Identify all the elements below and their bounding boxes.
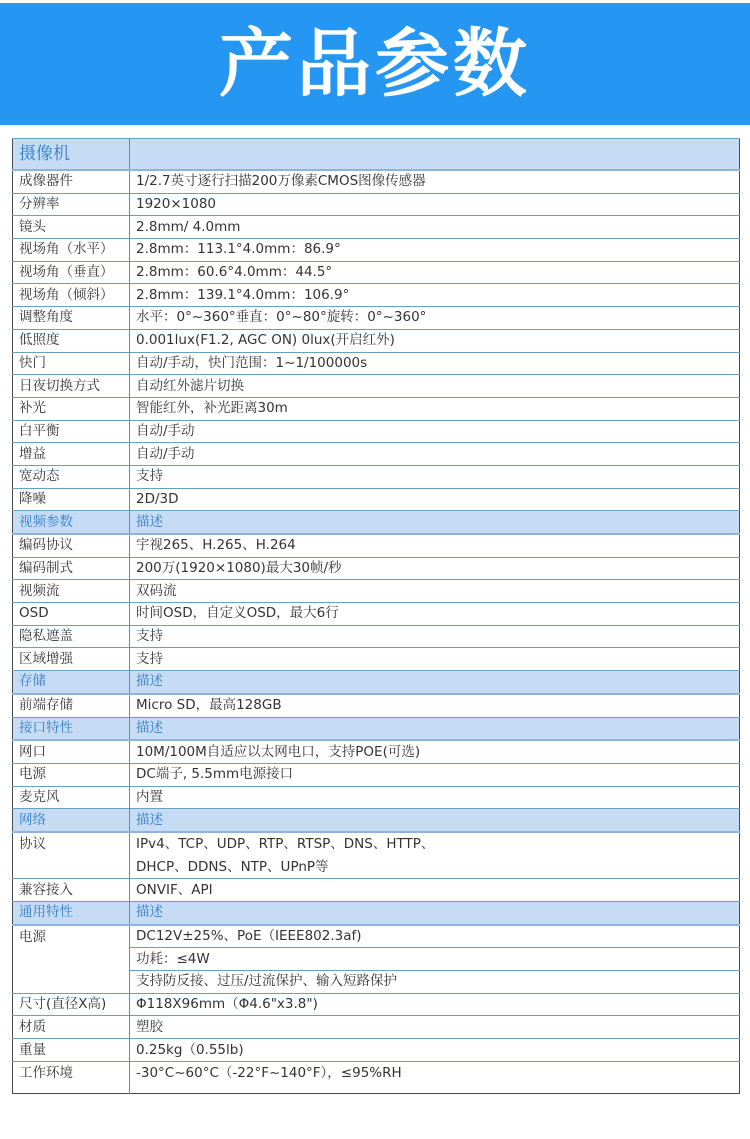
row-value: IPv4、TCP、UDP、RTP、RTSP、DNS、HTTP、 DHCP、DDN…	[130, 832, 740, 879]
table-row: 白平衡自动/手动	[13, 420, 740, 443]
table-row: 前端存储Micro SD，最高128GB	[13, 694, 740, 717]
page-title: 产品参数	[219, 27, 531, 101]
row-label: 镜头	[13, 216, 130, 239]
section-title: 网络	[13, 809, 130, 832]
row-label: 快门	[13, 352, 130, 375]
section-title: 摄像机	[13, 139, 130, 171]
row-label: 日夜切换方式	[13, 375, 130, 398]
table-row: 重量0.25kg（0.55lb)	[13, 1039, 740, 1062]
row-value: 自动/手动	[130, 420, 740, 443]
table-row: 网口10M/100M自适应以太网电口，支持POE(可选)	[13, 740, 740, 763]
header-banner: 产品参数	[0, 3, 750, 125]
row-value: 功耗：≤4W	[130, 948, 740, 971]
row-value: DC端子, 5.5mm电源接口	[130, 763, 740, 786]
row-label: 工作环境	[13, 1061, 130, 1093]
row-value: 2.8mm：139.1°4.0mm：106.9°	[130, 284, 740, 307]
section-title: 接口特性	[13, 717, 130, 740]
table-row: 宽动态支持	[13, 465, 740, 488]
table-row: 材质塑胶	[13, 1016, 740, 1039]
row-label: 低照度	[13, 329, 130, 352]
row-value: 支持	[130, 625, 740, 648]
section-desc: 描述	[130, 902, 740, 925]
row-value: 支持	[130, 648, 740, 671]
row-value: 0.25kg（0.55lb)	[130, 1039, 740, 1062]
row-value: 1/2.7英寸逐行扫描200万像素CMOS图像传感器	[130, 170, 740, 193]
table-row: 电源 DC12V±25%、PoE（IEEE802.3af)	[13, 925, 740, 948]
table-row: 补光智能红外，补光距离30m	[13, 397, 740, 420]
row-label: 编码制式	[13, 557, 130, 580]
row-value: 智能红外，补光距离30m	[130, 397, 740, 420]
row-value-line: IPv4、TCP、UDP、RTP、RTSP、DNS、HTTP、	[136, 833, 733, 856]
row-label: 尺寸(直径X高)	[13, 993, 130, 1016]
row-value: 自动红外滤片切换	[130, 375, 740, 398]
row-value: DC12V±25%、PoE（IEEE802.3af)	[130, 925, 740, 948]
row-label: 视频流	[13, 580, 130, 603]
row-label: OSD	[13, 603, 130, 626]
table-row: 电源DC端子, 5.5mm电源接口	[13, 763, 740, 786]
row-label: 降噪	[13, 488, 130, 511]
row-label: 视场角（水平）	[13, 239, 130, 262]
table-row: 镜头2.8mm/ 4.0mm	[13, 216, 740, 239]
row-value: 自动/手动，快门范围：1~1/100000s	[130, 352, 740, 375]
table-row: 视频流双码流	[13, 580, 740, 603]
row-value: 0.001lux(F1.2, AGC ON) 0lux(开启红外)	[130, 329, 740, 352]
row-value: 2.8mm：60.6°4.0mm：44.5°	[130, 261, 740, 284]
row-label: 视场角（垂直）	[13, 261, 130, 284]
row-label: 区域增强	[13, 648, 130, 671]
table-row: 成像器件1/2.7英寸逐行扫描200万像素CMOS图像传感器	[13, 170, 740, 193]
table-row: 协议 IPv4、TCP、UDP、RTP、RTSP、DNS、HTTP、 DHCP、…	[13, 832, 740, 879]
section-header-storage: 存储 描述	[13, 671, 740, 694]
section-desc: 描述	[130, 809, 740, 832]
row-label: 网口	[13, 740, 130, 763]
row-value: ONVIF、API	[130, 879, 740, 902]
section-header-interface: 接口特性 描述	[13, 717, 740, 740]
row-label: 电源	[13, 925, 130, 994]
row-label: 视场角（倾斜）	[13, 284, 130, 307]
section-title: 通用特性	[13, 902, 130, 925]
row-label: 调整角度	[13, 307, 130, 330]
row-label: 隐私遮盖	[13, 625, 130, 648]
spec-table: 摄像机 成像器件1/2.7英寸逐行扫描200万像素CMOS图像传感器 分辨率19…	[12, 138, 740, 1094]
table-row: 视场角（水平）2.8mm：113.1°4.0mm：86.9°	[13, 239, 740, 262]
row-value: 200万(1920×1080)最大30帧/秒	[130, 557, 740, 580]
row-label: 麦克风	[13, 786, 130, 809]
row-label: 材质	[13, 1016, 130, 1039]
section-desc	[130, 139, 740, 171]
section-desc: 描述	[130, 511, 740, 534]
table-row: 日夜切换方式自动红外滤片切换	[13, 375, 740, 398]
row-value: 1920×1080	[130, 193, 740, 216]
row-value: -30°C~60°C（-22°F~140°F），≤95%RH	[130, 1061, 740, 1093]
table-row: 低照度0.001lux(F1.2, AGC ON) 0lux(开启红外)	[13, 329, 740, 352]
row-label: 分辨率	[13, 193, 130, 216]
row-value-line: DHCP、DDNS、NTP、UPnP等	[136, 856, 733, 879]
row-label: 宽动态	[13, 465, 130, 488]
row-value: 2.8mm：113.1°4.0mm：86.9°	[130, 239, 740, 262]
row-value: 塑胶	[130, 1016, 740, 1039]
section-header-network: 网络 描述	[13, 809, 740, 832]
section-header-general: 通用特性 描述	[13, 902, 740, 925]
table-row: 快门自动/手动，快门范围：1~1/100000s	[13, 352, 740, 375]
table-row: 编码制式200万(1920×1080)最大30帧/秒	[13, 557, 740, 580]
table-row: 视场角（倾斜）2.8mm：139.1°4.0mm：106.9°	[13, 284, 740, 307]
section-title: 存储	[13, 671, 130, 694]
row-value: 2.8mm/ 4.0mm	[130, 216, 740, 239]
row-value: 自动/手动	[130, 443, 740, 466]
table-row: 工作环境-30°C~60°C（-22°F~140°F），≤95%RH	[13, 1061, 740, 1093]
table-row: 增益自动/手动	[13, 443, 740, 466]
table-row: 调整角度水平：0°~360°垂直：0°~80°旋转：0°~360°	[13, 307, 740, 330]
row-value: Micro SD，最高128GB	[130, 694, 740, 717]
table-row: 区域增强支持	[13, 648, 740, 671]
row-label: 兼容接入	[13, 879, 130, 902]
row-label: 补光	[13, 397, 130, 420]
table-row: 尺寸(直径X高)Φ118X96mm（Φ4.6"x3.8")	[13, 993, 740, 1016]
section-desc: 描述	[130, 717, 740, 740]
table-row: 隐私遮盖支持	[13, 625, 740, 648]
table-row: 编码协议宇视265、H.265、H.264	[13, 534, 740, 557]
row-value: 水平：0°~360°垂直：0°~80°旋转：0°~360°	[130, 307, 740, 330]
row-label: 重量	[13, 1039, 130, 1062]
row-value: 宇视265、H.265、H.264	[130, 534, 740, 557]
row-value: 支持	[130, 465, 740, 488]
row-label: 协议	[13, 832, 130, 879]
section-title: 视频参数	[13, 511, 130, 534]
table-row: 兼容接入ONVIF、API	[13, 879, 740, 902]
table-row: 降噪2D/3D	[13, 488, 740, 511]
row-value: 支持防反接、过压/过流保护、输入短路保护	[130, 971, 740, 994]
row-label: 增益	[13, 443, 130, 466]
table-row: OSD时间OSD，自定义OSD，最大6行	[13, 603, 740, 626]
table-row: 视场角（垂直）2.8mm：60.6°4.0mm：44.5°	[13, 261, 740, 284]
row-label: 电源	[13, 763, 130, 786]
row-value: 时间OSD，自定义OSD，最大6行	[130, 603, 740, 626]
row-label: 编码协议	[13, 534, 130, 557]
row-value: 内置	[130, 786, 740, 809]
row-label: 前端存储	[13, 694, 130, 717]
section-header-camera: 摄像机	[13, 139, 740, 171]
row-label: 白平衡	[13, 420, 130, 443]
row-value: 双码流	[130, 580, 740, 603]
row-label: 成像器件	[13, 170, 130, 193]
row-value: 2D/3D	[130, 488, 740, 511]
table-row: 麦克风内置	[13, 786, 740, 809]
section-header-video: 视频参数 描述	[13, 511, 740, 534]
row-value: Φ118X96mm（Φ4.6"x3.8")	[130, 993, 740, 1016]
section-desc: 描述	[130, 671, 740, 694]
table-row: 分辨率1920×1080	[13, 193, 740, 216]
row-value: 10M/100M自适应以太网电口，支持POE(可选)	[130, 740, 740, 763]
